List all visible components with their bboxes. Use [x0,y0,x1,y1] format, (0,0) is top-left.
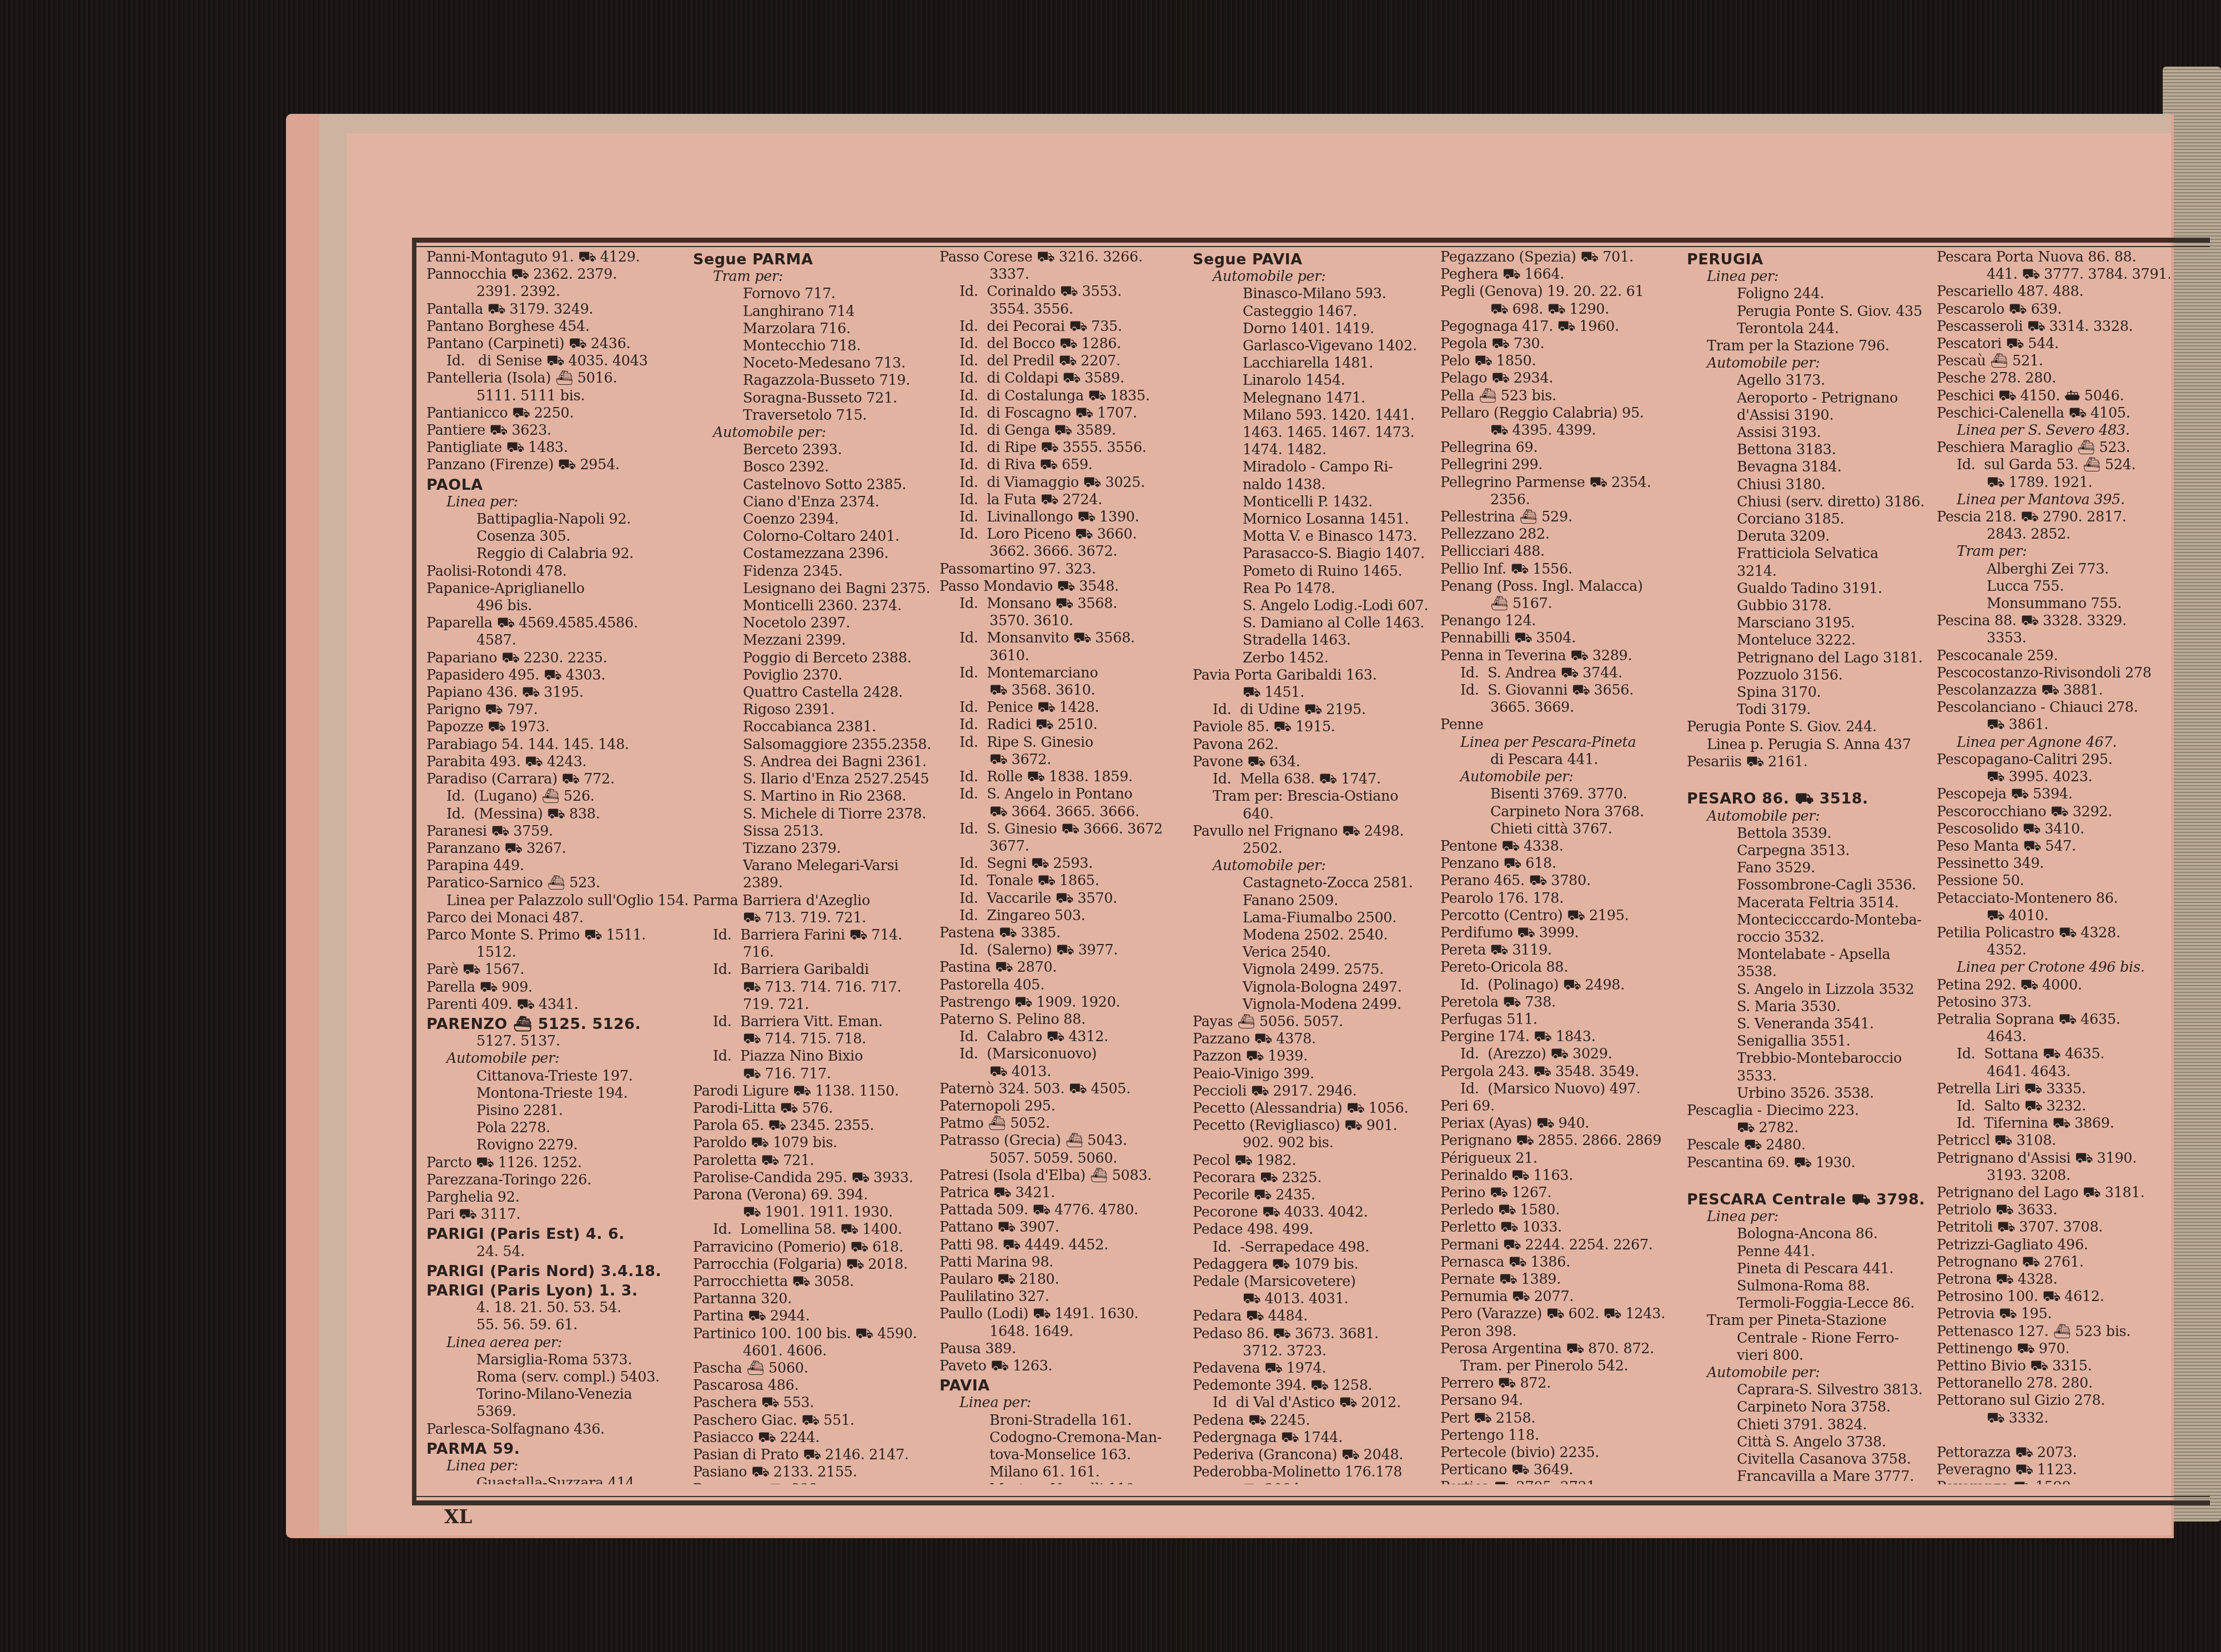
index-entry: Pedergnaga ⛟ 1744. [1193,1429,1435,1447]
index-entry: Spina 3170. [1687,684,1931,701]
index-entry: Paschero Giac. ⛟ 551. [693,1412,937,1429]
index-entry: ⛟ 3672. [939,751,1187,769]
index-entry: Mezzani 2399. [693,632,937,649]
index-entry: Fornovo 717. [693,285,937,303]
index-entry: Tram per: [693,268,937,285]
index-entry: Parapina 449. [426,857,687,875]
index-entry: Id. Piazza Nino Bixio [693,1048,937,1065]
index-entry: Mortara-Vercelli 119. [939,1481,1187,1484]
index-entry: Paranesi ⛟ 3759. [426,823,687,840]
index-entry: Automobile per: [1440,769,1681,786]
index-entry: Pescariello 487. 488. [1937,283,2170,300]
index-entry: Macerata Feltria 3514. [1687,895,1931,912]
index-entry: Penzano ⛟ 618. [1440,855,1681,872]
index-entry: Bettola 3539. [1687,825,1931,842]
index-entry: Pazzon ⛟ 1939. [1193,1048,1435,1065]
index-entry: Papariano ⛟ 2230. 2235. [426,650,687,667]
index-entry: Pertengo 118. [1440,1427,1681,1444]
index-entry: Paterno S. Pelino 88. [939,1011,1187,1028]
index-entry: Paparella ⛟ 4569.4585.4586. [426,615,687,632]
index-entry: Pavone ⛟ 634. [1193,754,1435,771]
index-entry: Pasiano ⛟ 2133. 2155. [693,1464,937,1481]
index-entry: Peschiera Maraglio ⛴ 523. [1937,439,2170,456]
index-entry: ⛟ 1901. 1911. 1930. [693,1204,937,1221]
index-entry: Linea p. Perugia S. Anna 437 [1687,736,1931,754]
index-entry: Id. Calabro ⛟ 4312. [939,1028,1187,1046]
index-entry: Pegognaga 417. ⛟ 1960. [1440,318,1681,335]
index-entry: Perugia Ponte S. Giov. 435 [1687,303,1931,320]
index-entry: Vignola-Modena 2499. [1193,996,1435,1013]
index-entry: Pescasseroli ⛟ 3314. 3328. [1937,318,2170,335]
index-entry: Id. (Lugano) ⛴ 526. [426,788,687,805]
index-entry: Id. Sottana ⛟ 4635. [1937,1046,2170,1063]
index-entry: Deruta 3209. [1687,528,1931,545]
index-entry: ⛟ 3332. [1937,1410,2170,1427]
index-entry: Pertecole (bivio) 2235. [1440,1444,1681,1462]
index-entry: Id. di Genga ⛟ 3589. [939,422,1187,439]
index-entry: Pellegrini 299. [1440,456,1681,474]
index-entry: ⛟ 4013. [939,1063,1187,1081]
index-entry: Pedavena ⛟ 1974. [1193,1360,1435,1377]
index-entry: Paularo ⛟ 2180. [939,1271,1187,1288]
index-entry: Papasidero 495. ⛟ 4303. [426,667,687,684]
index-entry: Linea per Agnone 467. [1937,734,2170,751]
index-entry: 1512. [426,944,687,961]
index-entry: 2843. 2852. [1937,526,2170,543]
index-entry: Nocetolo 2397. [693,615,937,632]
index-entry: Pescosolido ⛟ 3410. [1937,821,2170,838]
index-entry: Id. di Udine ⛟ 2195. [1193,701,1435,719]
index-entry: Id. Montemarciano [939,665,1187,682]
index-entry: ⛟ 713. 719. 721. [693,910,937,927]
index-entry: Monsummano 755. [1937,595,2170,612]
index-entry: Parlesca-Solfagnano 436. [426,1421,687,1438]
index-entry: Pazzano ⛟ 4378. [1193,1031,1435,1048]
index-entry: Agello 3173. [1687,372,1931,389]
index-entry: ⛟ 1451. [1193,684,1435,701]
index-entry: Pescarolo ⛟ 639. [1937,301,2170,318]
index-entry: Pedaggera ⛟ 1079 bis. [1193,1256,1435,1273]
index-entry: Linea per Palazzolo sull'Oglio 154. [426,892,687,910]
index-entry: Pergine 174. ⛟ 1843. [1440,1028,1681,1046]
index-entry: Pesariis ⛟ 2161. [1687,754,1931,771]
index-entry: ⛟ 4010. [1937,907,2170,925]
index-entry: Castagneto-Zocca 2581. [1193,875,1435,892]
index-entry: Pelago ⛟ 2934. [1440,370,1681,387]
index-entry: Id. S. Giovanni ⛟ 3656. [1440,682,1681,699]
index-entry: Marzolara 716. [693,320,937,338]
index-entry: Peschici-Calenella ⛟ 4105. [1937,405,2170,422]
index-entry: Perdifumo ⛟ 3999. [1440,925,1681,942]
index-entry: Pellio Inf. ⛟ 1556. [1440,561,1681,578]
index-entry: Parodi-Litta ⛟ 576. [693,1100,937,1117]
index-entry: Id. -Serrapedace 498. [1193,1239,1435,1256]
index-entry: Petrignano del Lago 3181. [1687,650,1931,667]
index-entry: Bologna-Ancona 86. [1687,1226,1931,1243]
index-entry: Pecol ⛟ 1982. [1193,1152,1435,1169]
index-entry: Passomartino 97. 323. [939,561,1187,578]
index-entry: Linea per: [1687,268,1931,285]
index-entry: Id. di Coldapi ⛟ 3589. [939,370,1187,387]
index-entry: Id. Radici ⛟ 2510. [939,716,1187,734]
index-entry: Città S. Angelo 3738. [1687,1434,1931,1451]
index-entry: Pearolo 176. 178. [1440,890,1681,907]
index-entry: Pescocostanzo-Rivisondoli 278 [1937,665,2170,682]
index-entry: Parenti 409. ⛟ 4341. [426,996,687,1013]
index-entry: Petina 292. ⛟ 4000. [1937,977,2170,994]
index-entry: Parravicino (Pomerio) ⛟ 618. [693,1239,937,1256]
index-entry: Peschici ⛟ 4150. ⛴ 5046. [1937,388,2170,405]
index-entry: Todi 3179. [1687,701,1931,719]
index-entry: Linea per: [1687,1208,1931,1226]
index-entry: Assisi 3193. [1687,424,1931,441]
index-entry: Id. la Futa ⛟ 2724. [939,491,1187,509]
place-heading: PERUGIA [1687,251,1931,268]
index-entry: S. Michele di Tiorre 2378. [693,806,937,823]
index-entry: Ciano d'Enza 2374. [693,494,937,511]
index-column-5: Pegazzano (Spezia) ⛟ 701.Peghera ⛟ 1664.… [1440,249,1681,1484]
index-entry: Petrignano del Lago ⛟ 3181. [1937,1184,2170,1202]
index-entry: Peveranza ⛟ 1599. [1937,1479,2170,1484]
index-entry: Parrocchietta ⛟ 3058. [693,1273,937,1291]
place-heading: PAOLA [426,476,687,494]
index-entry: Pola 2278. [426,1119,687,1137]
index-entry: Peretola ⛟ 738. [1440,994,1681,1011]
index-entry: Pero (Varazze) ⛟ 602. ⛟ 1243. [1440,1305,1681,1323]
index-entry: Pettinengo ⛟ 970. [1937,1340,2170,1358]
index-entry: Parghelia 92. [426,1189,687,1206]
place-heading: PARIGI (Paris Est) 4. 6. [426,1226,687,1243]
index-entry: 3214. [1687,563,1931,580]
index-entry: Id. Barriera Garibaldi [693,961,937,978]
index-entry: 496 bis. [426,597,687,615]
index-entry: Id. Segni ⛟ 2593. [939,855,1187,872]
index-entry: Quattro Castella 2428. [693,684,937,701]
index-entry: Pereta ⛟ 3119. [1440,942,1681,959]
index-entry: Monteluce 3222. [1687,632,1931,649]
index-entry: Corciano 3185. [1687,511,1931,528]
index-entry: Pisino 2281. [426,1102,687,1119]
index-entry: Pantalla ⛟ 3179. 3249. [426,301,687,318]
index-entry: Marsiglia-Roma 5373. [426,1352,687,1369]
index-entry: Perfugas 511. [1440,1011,1681,1028]
index-entry: Tizzano 2379. [693,840,937,857]
index-entry: Terontola 244. [1687,320,1931,338]
index-entry: di Pescara 441. [1440,751,1681,769]
index-entry: Papiano 436. ⛟ 3195. [426,684,687,701]
index-entry: Pometo di Ruino 1465. [1193,563,1435,580]
index-entry: Id. Corinaldo ⛟ 3553. [939,283,1187,300]
index-entry: Pertica ⛟ 2705. 2721 [1440,1479,1681,1484]
index-entry: Paviole 85. ⛟ 1915. [1193,719,1435,736]
index-entry: Pantano (Carpineti) ⛟ 2436. [426,335,687,353]
index-entry: Parola 65. ⛟ 2345. 2355. [693,1117,937,1134]
index-entry: ⛴ 5167. [1440,595,1681,612]
index-entry: Id. Lomellina 58. ⛟ 1400. [693,1221,937,1238]
index-entry: Perino ⛟ 1267. [1440,1184,1681,1202]
place-heading: PARIGI (Paris Lyon) 1. 3. [426,1282,687,1299]
index-entry: 3570. 3610. [939,612,1187,630]
index-entry: Pettenasco 127. ⛴ 523 bis. [1937,1323,2170,1340]
index-entry: Soragna-Busseto 721. [693,390,937,407]
index-entry: Motta V. e Binasco 1473. [1193,528,1435,545]
index-entry: Pederiva (Grancona) ⛟ 2048. [1193,1447,1435,1464]
index-entry: Paradiso (Carrara) ⛟ 772. [426,771,687,788]
index-entry: Perano 465. ⛟ 3780. [1440,872,1681,890]
index-entry: Id. di Foscagno ⛟ 1707. [939,405,1187,422]
index-entry: Trebbio-Montebaroccio [1687,1050,1931,1067]
index-entry: Id. (Arezzo) ⛟ 3029. [1440,1046,1681,1063]
index-entry: Panzano (Firenze) ⛟ 2954. [426,456,687,474]
index-entry: Paschera ⛟ 553. [693,1394,937,1412]
index-entry: Petilia Policastro ⛟ 4328. [1937,925,2170,942]
index-entry: Pescolanzazza ⛟ 3881. [1937,682,2170,699]
index-entry: Id. dei Pecorai ⛟ 735. [939,318,1187,335]
index-entry: Pecorara ⛟ 2325. [1193,1169,1435,1187]
index-entry: Périgueux 21. [1440,1150,1681,1167]
index-entry: S. Angelo Lodig.-Lodi 607. [1193,597,1435,615]
index-entry: Pescorocchiano ⛟ 3292. [1937,804,2170,821]
index-entry: ⛟ 3995. 4023. [1937,769,2170,786]
index-entry: Linea per Crotone 496 bis. [1937,959,2170,976]
index-entry: Id. (Marsico Nuovo) 497. [1440,1081,1681,1098]
index-entry: Perticano ⛟ 3649. [1440,1462,1681,1479]
index-entry: Codogno-Cremona-Man- [939,1429,1187,1447]
index-entry: Pedena ⛟ 2245. [1193,1412,1435,1429]
index-entry: Pozzuolo 3156. [1687,667,1931,684]
index-entry: Coenzo 2394. [693,511,937,528]
index-entry: Pescaù ⛴ 521. [1937,353,2170,370]
index-entry: Sulmona-Roma 88. [1687,1278,1931,1295]
index-entry: Fano 3529. [1687,860,1931,877]
index-entry: Traversetolo 715. [693,407,937,424]
index-entry: Pedale (Marsicovetere) [1193,1273,1435,1291]
index-entry: Parodi Ligure ⛟ 1138. 1150. [693,1083,937,1100]
index-entry: Carpegna 3513. [1687,842,1931,860]
index-entry: Pettorazza ⛟ 2073. [1937,1444,2170,1462]
index-entry: Linea per: [426,1458,687,1475]
index-entry: Linea per: [939,1394,1187,1412]
index-entry: Pastena ⛟ 3385. [939,925,1187,942]
index-entry: Pergola 243. ⛟ 3548. 3549. [1440,1063,1681,1081]
index-entry: ⛟ 716. 717. [693,1066,937,1083]
index-entry: 3193. 3208. [1937,1167,2170,1184]
index-entry: Patresi (Isola d'Elba) ⛴ 5083. [939,1167,1187,1184]
index-entry: Linea per: [426,494,687,511]
index-entry: Pernumia ⛟ 2077. [1440,1288,1681,1305]
index-entry: Carpineto Nora 3758. [1687,1399,1931,1416]
index-entry: 719. 721. [693,996,937,1013]
index-entry: Pastina ⛟ 2870. [939,959,1187,976]
place-heading: PESARO 86. ⛟ 3518. [1687,790,1931,807]
index-entry: Pecorile ⛟ 2435. [1193,1187,1435,1204]
index-entry: Id. Mella 638. ⛟ 1747. [1193,771,1435,788]
index-entry: S. Angelo in Lizzola 3532 [1687,981,1931,998]
index-entry: Torino-Milano-Venezia [426,1386,687,1403]
index-entry: Patrasso (Grecia) ⛴ 5043. [939,1132,1187,1149]
index-entry: 5369. [426,1403,687,1420]
index-entry: Mornico Losanna 1451. [1193,511,1435,528]
index-entry: 5111. 5111 bis. [426,388,687,405]
index-entry: Carpineto Nora 3768. [1440,804,1681,821]
index-entry: Rovigno 2279. [426,1137,687,1154]
index-entry: Id. di Riva ⛟ 659. [939,456,1187,474]
index-entry: Passo Corese ⛟ 3216. 3266. [939,249,1187,266]
index-entry: Pescaglia - Diecimo 223. [1687,1102,1931,1119]
index-entry: Paranzano ⛟ 3267. [426,840,687,857]
index-entry: 3538. [1687,963,1931,981]
index-entry: Parè ⛟ 1567. [426,961,687,978]
index-entry: roccio 3532. [1687,929,1931,946]
index-entry: Reggio di Calabria 92. [426,545,687,563]
index-entry: Urbino 3526. 3538. [1687,1085,1931,1102]
index-entry: 3662. 3666. 3672. [939,543,1187,560]
index-entry: Parasacco-S. Biagio 1407. [1193,545,1435,563]
index-entry: Fossombrone-Cagli 3536. [1687,877,1931,894]
index-entry [1687,1172,1931,1189]
index-entry: Pescale ⛟ 2480. [1687,1137,1931,1154]
index-entry: Chiusi 3180. [1687,476,1931,494]
index-entry: Termoli-Foggia-Lecce 86. [1687,1295,1931,1312]
index-entry: 2389. [693,875,937,892]
index-entry: Automobile per: [1687,1364,1931,1382]
index-entry: Pedara ⛟ 4484. [1193,1308,1435,1325]
index-entry: d'Assisi 3190. [1687,407,1931,424]
index-entry: Monticelli P. 1432. [1193,494,1435,511]
index-entry: Milano 593. 1420. 1441. [1193,407,1435,424]
index-entry: Montona-Trieste 194. [426,1085,687,1102]
index-entry: Peri 69. [1440,1098,1681,1115]
index-entry: Passerano ⛟ 898. [693,1481,937,1484]
index-entry: Pecetto (Revigliasco) ⛟ 901. [1193,1117,1435,1134]
index-column-6: PERUGIALinea per:Foligno 244.Perugia Pon… [1687,249,1931,1484]
index-entry: Paulilatino 327. [939,1288,1187,1305]
index-column-7: Pescara Porta Nuova 86. 88.441. ⛟ 3777. … [1937,249,2170,1484]
index-entry: Partinico 100. 100 bis. ⛟ 4590. [693,1325,937,1343]
index-entry: Cittanova-Trieste 197. [426,1068,687,1085]
index-entry: Petrella Liri ⛟ 3335. [1937,1081,2170,1098]
index-entry: Petosino 373. [1937,994,2170,1011]
index-entry: Pantano Borghese 454. [426,318,687,335]
index-entry: 4643. [1937,1028,2170,1046]
index-entry: Peccioli ⛟ 2917. 2946. [1193,1083,1435,1100]
index-entry: Patrica ⛟ 3421. [939,1184,1187,1202]
index-entry: Automobile per: [1193,857,1435,875]
index-entry: Tram. per Pinerolo 542. [1440,1358,1681,1375]
index-entry: Pari ⛟ 3117. [426,1206,687,1223]
index-entry: Parabita 493. ⛟ 4243. [426,754,687,771]
index-entry: 4. 18. 21. 50. 53. 54. [426,1299,687,1317]
index-entry: Pescolanciano - Chiauci 278. [1937,699,2170,716]
index-entry: Chieti 3791. 3824. [1687,1417,1931,1434]
index-entry: Id. sul Garda 53. ⛴ 524. [1937,456,2170,474]
index-entry: Pegli (Genova) 19. 20. 22. 61 [1440,283,1681,300]
index-entry: Patti 98. ⛟ 4449. 4452. [939,1237,1187,1254]
index-entry: Battipaglia-Napoli 92. [426,511,687,528]
index-entry: Id. S. Angelo in Pontano [939,786,1187,803]
index-entry: Pedace 498. 499. [1193,1221,1435,1238]
index-entry: naldo 1438. [1193,476,1435,494]
index-entry: Pettoranello 278. 280. [1937,1375,2170,1392]
index-entry: Petrona ⛟ 4328. [1937,1271,2170,1288]
index-entry: Pescatori ⛟ 544. [1937,335,2170,353]
index-entry: Id. Penice ⛟ 1428. [939,699,1187,716]
index-entry: Tram per: [1937,543,2170,560]
place-heading: PARMA 59. [426,1440,687,1458]
index-entry: 4587. [426,632,687,649]
index-entry: Vignola 2499. 2575. [1193,961,1435,978]
index-entry: Parco dei Monaci 487. [426,910,687,927]
index-entry: Salsomaggiore 2355.2358. [693,736,937,754]
index-entry: ⛟ 3664. 3665. 3666. [939,804,1187,821]
index-entry: Paternò 324. 503. ⛟ 4505. [939,1081,1187,1098]
index-entry: Id. Rolle ⛟ 1838. 1859. [939,769,1187,786]
index-entry: Petrovia ⛟ 195. [1937,1305,2170,1323]
index-entry: Vignola-Bologna 2497. [1193,979,1435,996]
index-entry: Id. di Ripe ⛟ 3555. 3556. [939,439,1187,456]
index-entry: Chieti città 3767. [1440,821,1681,838]
index-entry: Percotto (Centro) ⛟ 2195. [1440,907,1681,925]
index-entry: Pessinetto 349. [1937,855,2170,872]
index-entry: Rea Po 1478. [1193,580,1435,597]
index-entry: Pannocchia ⛟ 2362. 2379. [426,266,687,283]
index-entry: Penne [1440,716,1681,734]
index-entry: Pattada 509. ⛟ 4776. 4780. [939,1202,1187,1219]
index-entry: Pennabilli ⛟ 3504. [1440,630,1681,647]
index-entry: Miradolo - Campo Ri- [1193,459,1435,476]
index-entry: Verica 2540. [1193,944,1435,961]
index-entry: ⛟ 3861. [1937,716,2170,734]
index-entry: Pasian di Prato ⛟ 2146. 2147. [693,1447,937,1464]
index-entry: Roma (serv. compl.) 5403. [426,1369,687,1386]
index-entry: Pettorano sul Gizio 278. [1937,1392,2170,1409]
index-entry [1687,771,1931,788]
index-entry: Automobile per: [1193,268,1435,285]
index-entry: Fratticiola Selvatica [1687,545,1931,563]
index-entry: 902. 902 bis. [1193,1134,1435,1152]
index-entry: Pellaro (Reggio Calabria) 95. [1440,405,1681,422]
index-entry: Penna in Teverina ⛟ 3289. [1440,647,1681,665]
index-entry: 4601. 4606. [693,1343,937,1360]
index-entry: Montecicccardo-Monteba- [1687,912,1931,929]
index-entry: Lama-Fiumalbo 2500. [1193,910,1435,927]
index-entry: 3554. 3556. [939,301,1187,318]
index-entry: Modena 2502. 2540. [1193,927,1435,944]
index-entry: Peveragno ⛟ 1123. [1937,1462,2170,1479]
index-entry: Patmo ⛴ 5052. [939,1115,1187,1132]
index-entry: Monticelli 2360. 2374. [693,597,937,615]
index-entry: Langhirano 714 [693,303,937,320]
index-entry: Patti Marina 98. [939,1254,1187,1271]
index-entry: Pesche 278. 280. [1937,370,2170,387]
index-entry: Automobile per: [1687,808,1931,825]
index-entry: Perosa Argentina ⛟ 870. 872. [1440,1340,1681,1358]
index-entry: Id. di Senise ⛟ 4035. 4043 [426,353,687,370]
index-entry: S. Martino in Rio 2368. [693,788,937,805]
index-entry: Id. Ripe S. Ginesio [939,734,1187,751]
index-entry: S. Ilario d'Enza 2527.2545 [693,771,937,788]
index-entry: Melegnano 1471. [1193,390,1435,407]
place-heading: PESCARA Centrale ⛟ 3798. [1687,1191,1931,1208]
index-entry: Id. Livinallongo ⛟ 1390. [939,509,1187,526]
index-entry: Pegazzano (Spezia) ⛟ 701. [1440,249,1681,266]
index-entry: Pavullo nel Frignano ⛟ 2498. [1193,823,1435,840]
index-entry: Parcto ⛟ 1126. 1252. [426,1154,687,1172]
index-entry: 3337. [939,266,1187,283]
index-entry: Id. Salto ⛟ 3232. [1937,1098,2170,1115]
index-entry: Dorno 1401. 1419. [1193,320,1435,338]
index-entry: Automobile per: [426,1050,687,1067]
